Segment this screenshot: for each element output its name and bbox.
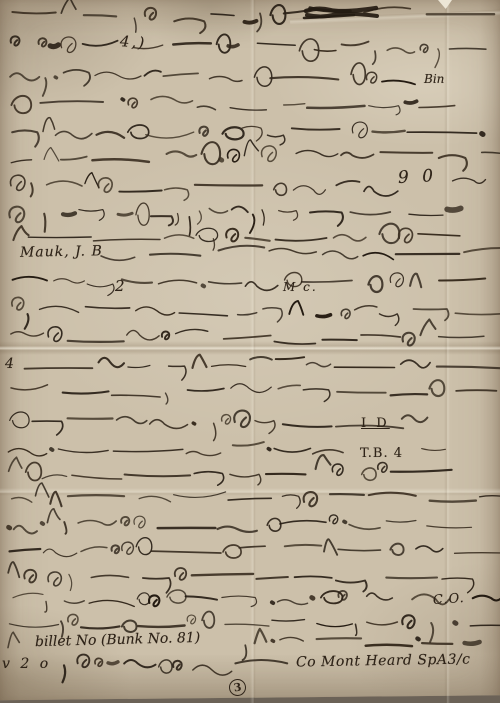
shorthand-stroke bbox=[280, 521, 326, 524]
shorthand-stroke bbox=[79, 210, 104, 221]
shorthand-stroke bbox=[77, 655, 89, 668]
shorthand-stroke bbox=[256, 577, 288, 579]
shorthand-stroke bbox=[324, 539, 337, 555]
shorthand-stroke bbox=[230, 474, 261, 485]
shorthand-stroke bbox=[387, 48, 414, 53]
shorthand-stroke bbox=[435, 49, 439, 68]
shorthand-stroke bbox=[128, 98, 137, 108]
shorthand-stroke bbox=[175, 214, 178, 226]
shorthand-stroke bbox=[245, 238, 269, 241]
shorthand-stroke bbox=[447, 208, 461, 210]
shorthand-stroke bbox=[56, 131, 92, 138]
shorthand-stroke bbox=[128, 125, 149, 139]
shorthand-stroke bbox=[10, 175, 25, 190]
shorthand-stroke bbox=[92, 159, 148, 162]
shorthand-stroke bbox=[221, 159, 222, 160]
shorthand-stroke bbox=[274, 448, 310, 452]
shorthand-stroke bbox=[352, 122, 367, 138]
shorthand-stroke bbox=[108, 662, 118, 664]
shorthand-stroke bbox=[361, 335, 400, 337]
shorthand-stroke bbox=[242, 126, 262, 141]
annotation-mc: M c. bbox=[283, 280, 318, 294]
shorthand-stroke bbox=[366, 645, 412, 646]
shorthand-stroke bbox=[344, 522, 345, 523]
shorthand-stroke bbox=[209, 209, 227, 213]
shorthand-stroke bbox=[9, 207, 24, 223]
shorthand-stroke bbox=[210, 77, 243, 82]
shorthand-stroke bbox=[186, 452, 221, 456]
shorthand-stroke bbox=[255, 421, 275, 434]
shorthand-stroke bbox=[217, 34, 231, 52]
shorthand-stroke bbox=[317, 624, 353, 627]
shorthand-stroke bbox=[306, 363, 330, 367]
shorthand-stroke bbox=[480, 496, 500, 510]
shorthand-stroke bbox=[455, 313, 500, 314]
shorthand-stroke bbox=[330, 494, 364, 495]
shorthand-stroke bbox=[238, 313, 257, 315]
shorthand-stroke bbox=[313, 450, 343, 454]
shorthand-stroke bbox=[68, 614, 78, 625]
shorthand-stroke bbox=[228, 498, 271, 500]
shorthand-stroke bbox=[31, 183, 33, 196]
shorthand-stroke bbox=[437, 367, 500, 369]
shorthand-stroke bbox=[151, 551, 221, 553]
shorthand-stroke bbox=[42, 523, 43, 524]
shorthand-stroke bbox=[11, 96, 31, 113]
shorthand-stroke bbox=[94, 239, 161, 241]
shorthand-stroke bbox=[473, 596, 500, 601]
shorthand-stroke bbox=[245, 21, 257, 23]
shorthand-stroke bbox=[402, 415, 428, 422]
shorthand-stroke bbox=[11, 36, 20, 45]
shorthand-stroke bbox=[268, 449, 269, 450]
shorthand-stroke bbox=[310, 211, 343, 226]
shorthand-stroke bbox=[390, 273, 403, 287]
shorthand-stroke bbox=[149, 595, 159, 606]
shorthand-stroke bbox=[380, 152, 432, 153]
shorthand-stroke bbox=[373, 51, 376, 64]
shorthand-stroke bbox=[209, 282, 242, 284]
shorthand-stroke bbox=[203, 286, 204, 287]
shorthand-stroke bbox=[169, 366, 186, 380]
shorthand-stroke bbox=[283, 424, 332, 427]
shorthand-stroke bbox=[8, 562, 19, 577]
shorthand-stroke bbox=[417, 639, 418, 640]
shorthand-stroke bbox=[386, 521, 416, 523]
shorthand-stroke bbox=[12, 12, 56, 13]
shorthand-stroke bbox=[43, 78, 47, 96]
shorthand-stroke bbox=[255, 629, 267, 643]
annotation-numeral-two: 2 bbox=[115, 277, 125, 295]
shorthand-stroke bbox=[202, 142, 221, 164]
shorthand-stroke bbox=[193, 665, 232, 675]
shorthand-stroke bbox=[68, 495, 124, 496]
shorthand-stroke bbox=[439, 336, 484, 337]
shorthand-stroke bbox=[232, 207, 248, 213]
shorthand-stroke bbox=[119, 191, 161, 192]
shorthand-stroke bbox=[274, 342, 315, 345]
shorthand-stroke bbox=[113, 449, 182, 451]
shorthand-stroke bbox=[250, 357, 272, 360]
shorthand-stroke bbox=[9, 457, 22, 471]
shorthand-stroke bbox=[401, 360, 430, 368]
shorthand-stroke bbox=[95, 658, 103, 666]
shorthand-stroke bbox=[68, 341, 124, 342]
shorthand-stroke bbox=[382, 81, 415, 85]
shorthand-stroke bbox=[98, 178, 112, 192]
shorthand-stroke bbox=[54, 279, 85, 283]
shorthand-stroke bbox=[47, 509, 60, 523]
shorthand-stroke bbox=[134, 18, 136, 32]
shorthand-stroke bbox=[317, 638, 362, 639]
shorthand-stroke bbox=[58, 449, 108, 452]
shorthand-stroke bbox=[407, 132, 476, 133]
shorthand-stroke bbox=[99, 358, 125, 367]
shorthand-stroke bbox=[145, 71, 161, 76]
shorthand-stroke bbox=[282, 495, 300, 508]
shorthand-stroke bbox=[420, 319, 435, 335]
shorthand-stroke bbox=[61, 37, 76, 52]
shorthand-stroke bbox=[13, 226, 28, 240]
shorthand-stroke bbox=[61, 0, 76, 13]
shorthand-stroke bbox=[50, 492, 61, 506]
shorthand-stroke bbox=[222, 596, 257, 607]
shorthand-stroke bbox=[285, 545, 322, 546]
shorthand-stroke bbox=[197, 106, 215, 110]
shorthand-stroke bbox=[187, 615, 195, 624]
shorthand-stroke bbox=[112, 545, 120, 553]
shorthand-stroke bbox=[292, 128, 340, 129]
shorthand-stroke bbox=[136, 307, 175, 315]
shorthand-stroke bbox=[45, 602, 47, 613]
shorthand-stroke bbox=[10, 73, 39, 80]
shorthand-stroke bbox=[97, 132, 125, 138]
shorthand-stroke bbox=[86, 307, 130, 309]
shorthand-stroke bbox=[219, 246, 265, 251]
shorthand-stroke bbox=[150, 254, 200, 256]
shorthand-stroke bbox=[280, 637, 303, 641]
shorthand-stroke bbox=[274, 183, 287, 195]
shorthand-stroke bbox=[369, 493, 416, 496]
shorthand-stroke bbox=[224, 336, 271, 339]
shorthand-stroke bbox=[32, 421, 63, 435]
shorthand-stroke bbox=[367, 593, 393, 600]
shorthand-stroke bbox=[386, 578, 437, 579]
shorthand-stroke bbox=[188, 389, 224, 391]
shorthand-stroke bbox=[422, 643, 452, 644]
shorthand-stroke bbox=[416, 546, 443, 552]
shorthand-stroke bbox=[296, 151, 338, 157]
shorthand-stroke bbox=[9, 624, 58, 627]
shorthand-stroke bbox=[429, 380, 444, 396]
shorthand-stroke bbox=[391, 470, 452, 472]
shorthand-stroke bbox=[212, 365, 246, 367]
shorthand-stroke bbox=[332, 464, 343, 475]
shorthand-stroke bbox=[51, 449, 52, 450]
shorthand-stroke bbox=[25, 314, 29, 329]
shorthand-stroke bbox=[266, 474, 306, 475]
annotation-top-right-word: Bin bbox=[424, 72, 444, 86]
shorthand-stroke bbox=[166, 393, 168, 404]
shorthand-stroke bbox=[101, 256, 135, 260]
shorthand-stroke bbox=[192, 574, 253, 575]
shorthand-stroke bbox=[234, 411, 250, 428]
shorthand-stroke bbox=[124, 660, 155, 667]
shorthand-stroke bbox=[295, 576, 332, 578]
shorthand-stroke bbox=[272, 641, 273, 642]
shorthand-stroke bbox=[9, 527, 10, 528]
shorthand-stroke bbox=[314, 50, 336, 52]
shorthand-stroke bbox=[137, 593, 149, 605]
shorthand-stroke bbox=[85, 173, 99, 188]
shorthand-stroke bbox=[276, 357, 305, 359]
shorthand-stroke bbox=[42, 475, 67, 479]
shorthand-stroke bbox=[414, 309, 449, 320]
shorthand-stroke bbox=[174, 18, 205, 33]
shorthand-stroke bbox=[239, 546, 265, 548]
shorthand-stroke bbox=[145, 8, 156, 20]
shorthand-stroke bbox=[334, 235, 366, 241]
shorthand-stroke bbox=[84, 15, 116, 16]
shorthand-stroke bbox=[355, 306, 377, 310]
shorthand-stroke bbox=[456, 390, 496, 391]
shorthand-stroke bbox=[369, 106, 400, 115]
shorthand-stroke bbox=[136, 203, 149, 225]
shorthand-stroke bbox=[349, 525, 380, 530]
shorthand-stroke bbox=[276, 238, 327, 241]
shorthand-stroke bbox=[430, 623, 433, 642]
shorthand-stroke bbox=[399, 228, 413, 242]
shorthand-stroke bbox=[263, 308, 282, 322]
shorthand-stroke bbox=[8, 632, 19, 647]
shorthand-stroke bbox=[439, 279, 485, 281]
shorthand-stroke bbox=[146, 132, 194, 138]
shorthand-stroke bbox=[380, 314, 399, 326]
shorthand-stroke bbox=[163, 73, 198, 76]
shorthand-stroke bbox=[24, 570, 36, 583]
shorthand-stroke bbox=[12, 297, 24, 309]
shorthand-stroke bbox=[193, 423, 194, 424]
shorthand-stroke bbox=[270, 5, 285, 24]
shorthand-stroke bbox=[196, 228, 218, 241]
shorthand-stroke bbox=[44, 148, 59, 162]
shorthand-stroke bbox=[173, 661, 182, 670]
shorthand-stroke bbox=[356, 624, 357, 635]
shorthand-stroke bbox=[72, 475, 122, 479]
shorthand-stroke bbox=[8, 449, 46, 456]
annotation-numeral-four: 4 bbox=[5, 356, 14, 372]
shorthand-stroke bbox=[379, 224, 399, 243]
shorthand-stroke bbox=[64, 522, 66, 534]
annotation-signature: Co Mont Heard SpA3/c bbox=[296, 651, 471, 670]
shorthand-stroke bbox=[289, 301, 303, 315]
shorthand-stroke bbox=[225, 624, 269, 626]
annotation-v2o: v 2 o bbox=[2, 656, 51, 672]
shorthand-stroke bbox=[10, 412, 29, 428]
annotation-name-mauk: Mauk, J. B bbox=[20, 243, 103, 260]
shorthand-stroke bbox=[267, 518, 281, 531]
shorthand-stroke bbox=[159, 660, 172, 673]
shorthand-stroke bbox=[128, 365, 150, 367]
shorthand-stroke bbox=[419, 106, 455, 108]
shorthand-stroke bbox=[44, 214, 45, 232]
shorthand-stroke bbox=[420, 44, 428, 52]
shorthand-stroke bbox=[40, 306, 79, 312]
shorthand-stroke bbox=[453, 178, 486, 183]
shorthand-stroke bbox=[293, 186, 325, 195]
shorthand-stroke bbox=[439, 155, 467, 171]
shorthand-stroke bbox=[378, 463, 387, 473]
shorthand-stroke bbox=[13, 593, 43, 597]
shorthand-stroke bbox=[64, 601, 84, 603]
shorthand-stroke bbox=[218, 527, 257, 532]
shorthand-stroke bbox=[341, 153, 374, 158]
shorthand-stroke bbox=[198, 211, 202, 224]
shorthand-stroke bbox=[427, 526, 472, 528]
shorthand-stroke bbox=[202, 612, 214, 628]
shorthand-stroke bbox=[410, 274, 421, 288]
shorthand-stroke bbox=[323, 251, 358, 259]
shorthand-stroke bbox=[173, 43, 211, 44]
shorthand-stroke bbox=[199, 127, 208, 136]
shorthand-stroke bbox=[366, 72, 376, 83]
shorthand-stroke bbox=[40, 101, 103, 103]
shorthand-stroke bbox=[38, 38, 46, 46]
shorthand-stroke bbox=[262, 146, 277, 161]
shorthand-stroke bbox=[418, 234, 460, 236]
scanned-letter-page: Mauk, J. B Bin 4,) 2 M c. 9 0 4 I D T.B.… bbox=[0, 0, 500, 703]
shorthand-stroke bbox=[390, 544, 403, 555]
shorthand-stroke bbox=[11, 160, 31, 163]
shorthand-stroke bbox=[136, 538, 152, 555]
shorthand-stroke bbox=[211, 14, 234, 16]
shorthand-stroke bbox=[226, 229, 238, 242]
shorthand-stroke bbox=[134, 516, 145, 528]
shorthand-stroke bbox=[150, 420, 188, 429]
shorthand-stroke bbox=[245, 282, 277, 291]
shorthand-stroke bbox=[367, 622, 398, 625]
annotation-tb-note: T.B. 4 bbox=[360, 446, 403, 461]
shorthand-stroke bbox=[373, 131, 405, 133]
shorthand-stroke bbox=[272, 602, 273, 603]
shorthand-stroke bbox=[112, 395, 161, 397]
shorthand-stroke bbox=[151, 96, 193, 102]
shorthand-stroke bbox=[121, 517, 129, 526]
shorthand-stroke bbox=[243, 645, 247, 660]
shorthand-stroke bbox=[455, 553, 500, 554]
shorthand-stroke bbox=[63, 665, 66, 682]
shorthand-stroke bbox=[254, 67, 271, 86]
shorthand-stroke bbox=[63, 391, 109, 393]
shorthand-stroke bbox=[223, 545, 241, 558]
shorthand-stroke bbox=[303, 389, 330, 402]
shorthand-stroke bbox=[189, 217, 190, 236]
shorthand-stroke bbox=[175, 568, 186, 580]
shorthand-stroke bbox=[81, 626, 119, 628]
shorthand-stroke bbox=[402, 615, 414, 628]
shorthand-stroke bbox=[430, 501, 476, 502]
shorthand-stroke bbox=[14, 526, 37, 534]
shorthand-stroke bbox=[337, 392, 386, 393]
shorthand-stroke bbox=[304, 492, 318, 506]
shorthand-stroke bbox=[368, 276, 382, 292]
page-number: 3 bbox=[233, 681, 242, 695]
shorthand-stroke bbox=[64, 70, 90, 86]
shorthand-stroke bbox=[28, 237, 91, 238]
shorthand-stroke bbox=[317, 315, 331, 317]
shorthand-stroke bbox=[362, 468, 376, 480]
shorthand-stroke bbox=[409, 214, 443, 215]
shorthand-stroke bbox=[363, 253, 393, 260]
shorthand-stroke bbox=[257, 13, 261, 31]
shorthand-stroke bbox=[69, 574, 72, 590]
shorthand-stroke bbox=[278, 600, 308, 605]
shorthand-stroke bbox=[122, 542, 134, 554]
shorthand-stroke bbox=[186, 596, 217, 599]
shorthand-stroke bbox=[482, 134, 483, 135]
shorthand-stroke bbox=[159, 280, 197, 284]
shorthand-stroke bbox=[465, 642, 480, 644]
shorthand-stroke bbox=[195, 185, 262, 186]
shorthand-stroke bbox=[268, 135, 285, 145]
shorthand-stroke bbox=[10, 549, 41, 551]
shorthand-stroke bbox=[351, 63, 365, 85]
shorthand-stroke bbox=[87, 284, 114, 296]
shorthand-stroke bbox=[179, 313, 227, 316]
shorthand-stroke bbox=[165, 188, 189, 200]
annotation-numeral-paren: 4,) bbox=[119, 32, 146, 52]
shorthand-stroke bbox=[316, 455, 331, 469]
shorthand-stroke bbox=[262, 210, 264, 225]
shorthand-stroke bbox=[138, 626, 184, 627]
shorthand-stroke bbox=[143, 578, 171, 593]
shorthand-stroke bbox=[341, 309, 350, 318]
shorthand-stroke bbox=[213, 239, 214, 251]
shorthand-stroke bbox=[350, 212, 390, 215]
shorthand-stroke bbox=[83, 41, 118, 46]
shorthand-stroke bbox=[223, 127, 244, 139]
shorthand-stroke bbox=[336, 581, 367, 592]
shorthand-stroke bbox=[403, 333, 415, 346]
shorthand-stroke bbox=[167, 590, 186, 603]
shorthand-stroke bbox=[25, 368, 93, 369]
shorthand-stroke bbox=[139, 496, 170, 502]
shorthand-stroke bbox=[228, 149, 240, 161]
shorthand-stroke bbox=[174, 492, 226, 498]
shorthand-stroke bbox=[482, 152, 500, 155]
shorthand-stroke bbox=[272, 620, 305, 621]
shorthand-stroke bbox=[43, 118, 55, 132]
shorthand-stroke bbox=[61, 157, 87, 160]
shorthand-stroke bbox=[50, 45, 58, 47]
shorthand-stroke bbox=[228, 45, 238, 47]
shorthand-stroke bbox=[122, 279, 152, 283]
shorthand-stroke bbox=[122, 621, 137, 632]
shorthand-stroke bbox=[364, 187, 398, 197]
shorthand-stroke bbox=[279, 211, 298, 221]
shorthand-stroke bbox=[278, 385, 300, 388]
shorthand-stroke bbox=[336, 181, 359, 185]
shorthand-stroke bbox=[167, 151, 197, 156]
shorthand-stroke bbox=[312, 598, 313, 599]
shorthand-stroke bbox=[162, 332, 169, 340]
shorthand-stroke bbox=[48, 572, 61, 586]
shorthand-stroke bbox=[244, 140, 258, 156]
shorthand-stroke bbox=[338, 549, 380, 550]
shorthand-stroke bbox=[151, 216, 173, 225]
shorthand-stroke bbox=[95, 72, 141, 79]
shorthand-stroke bbox=[214, 423, 216, 440]
